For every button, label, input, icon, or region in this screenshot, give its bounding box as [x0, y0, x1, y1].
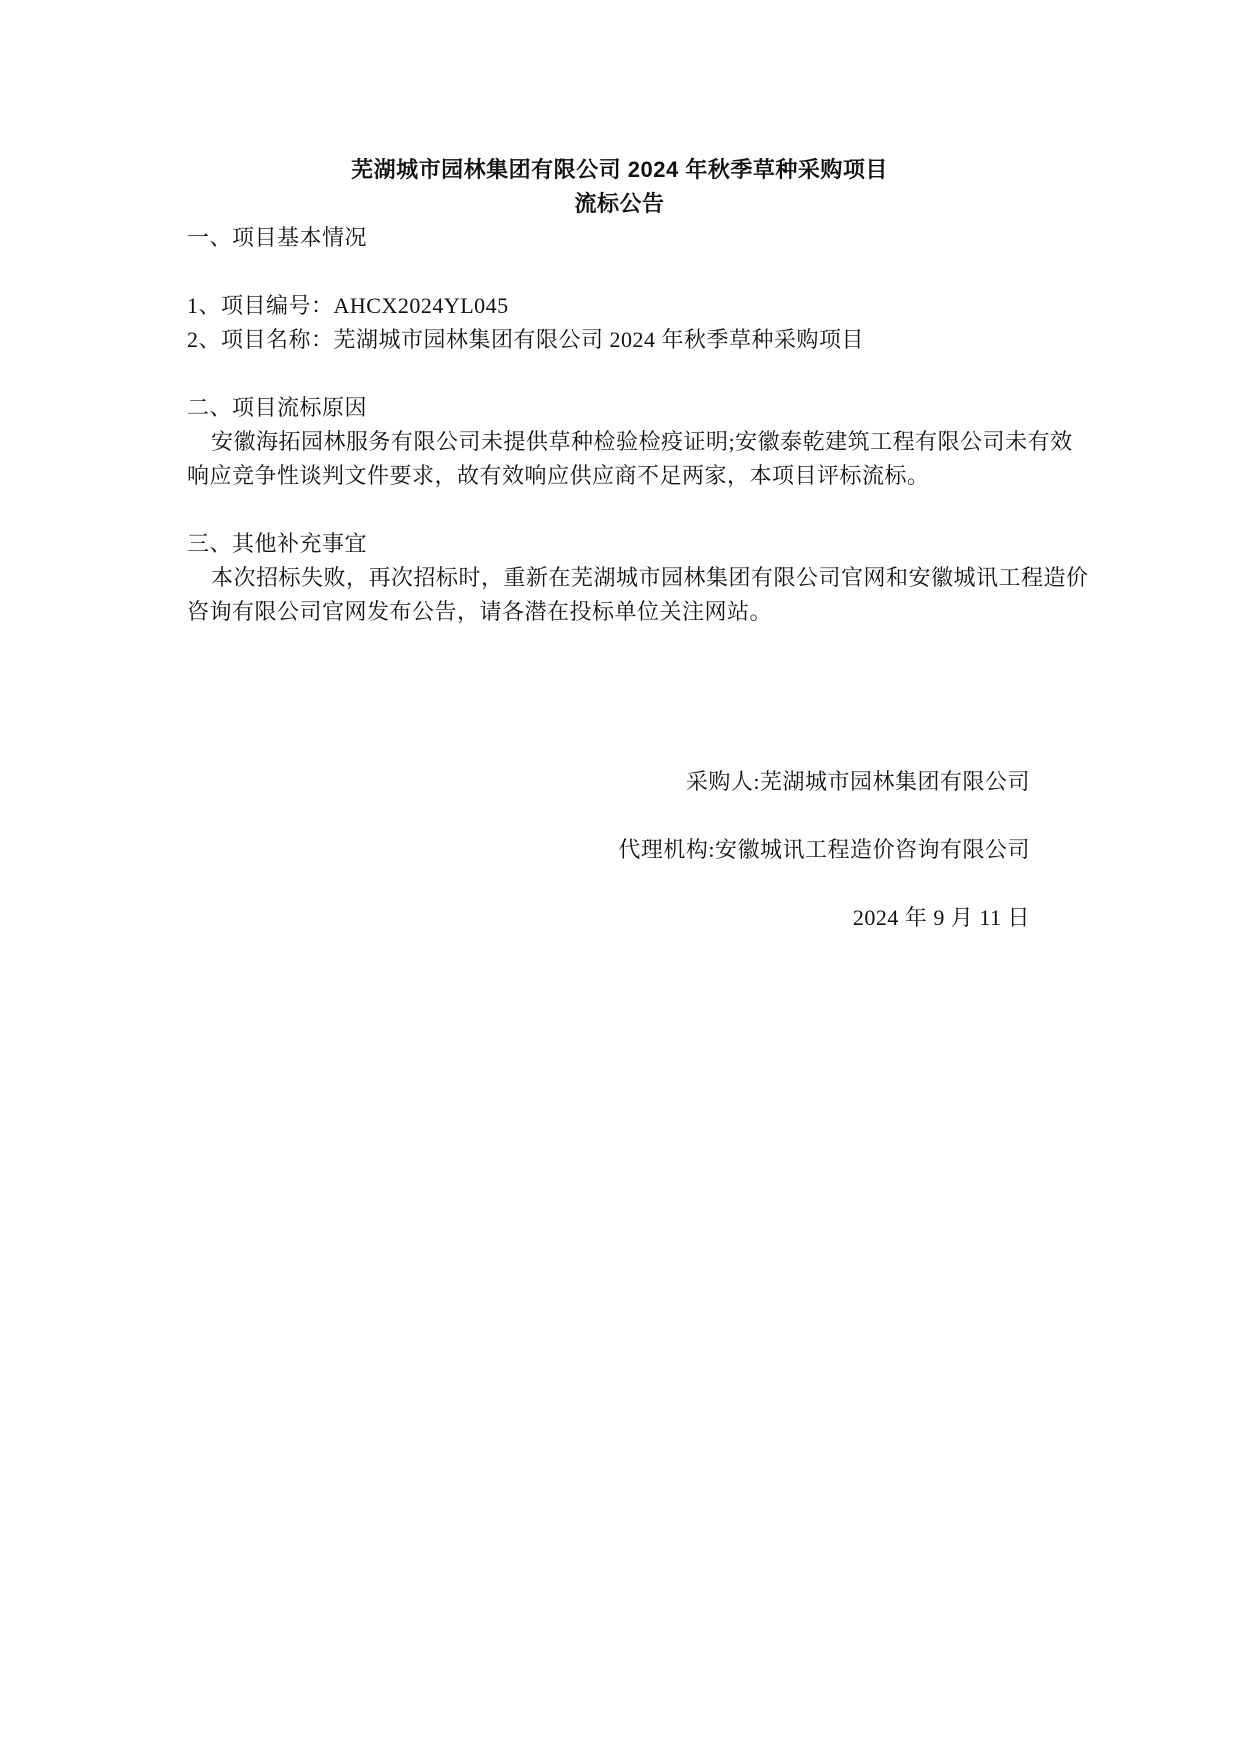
- date-line: 2024 年 9 月 11 日: [187, 901, 1052, 935]
- spacer: [187, 731, 1052, 765]
- spacer: [187, 493, 1052, 527]
- spacer: [187, 255, 1052, 289]
- spacer: [187, 663, 1052, 697]
- spacer: [187, 867, 1052, 901]
- spacer: [187, 799, 1052, 833]
- section-2-text-line-1: 安徽海拓园林服务有限公司未提供草种检验检疫证明;安徽泰乾建筑工程有限公司未有效: [187, 425, 1052, 459]
- doc-title: 芜湖城市园林集团有限公司 2024 年秋季草种采购项目: [187, 153, 1052, 187]
- section-2-text-line-2: 响应竞争性谈判文件要求，故有效响应供应商不足两家，本项目评标流标。: [187, 459, 1052, 493]
- section-3-text-line-2: 咨询有限公司官网发布公告，请各潜在投标单位关注网站。: [187, 595, 1052, 629]
- document-content: 芜湖城市园林集团有限公司 2024 年秋季草种采购项目 流标公告 一、项目基本情…: [187, 153, 1052, 935]
- spacer: [187, 697, 1052, 731]
- spacer: [187, 357, 1052, 391]
- section-3-heading: 三、其他补充事宜: [187, 527, 1052, 561]
- spacer: [187, 629, 1052, 663]
- doc-subtitle: 流标公告: [187, 187, 1052, 221]
- project-number-line: 1、项目编号：AHCX2024YL045: [187, 289, 1052, 323]
- document-page: 芜湖城市园林集团有限公司 2024 年秋季草种采购项目 流标公告 一、项目基本情…: [0, 0, 1239, 1754]
- project-name-line: 2、项目名称：芜湖城市园林集团有限公司 2024 年秋季草种采购项目: [187, 323, 1052, 357]
- section-1-heading: 一、项目基本情况: [187, 221, 1052, 255]
- section-3-text-line-1: 本次招标失败，再次招标时，重新在芜湖城市园林集团有限公司官网和安徽城讯工程造价: [187, 561, 1052, 595]
- purchaser-line: 采购人:芜湖城市园林集团有限公司: [187, 765, 1052, 799]
- agency-line: 代理机构:安徽城讯工程造价咨询有限公司: [187, 833, 1052, 867]
- section-2-heading: 二、项目流标原因: [187, 391, 1052, 425]
